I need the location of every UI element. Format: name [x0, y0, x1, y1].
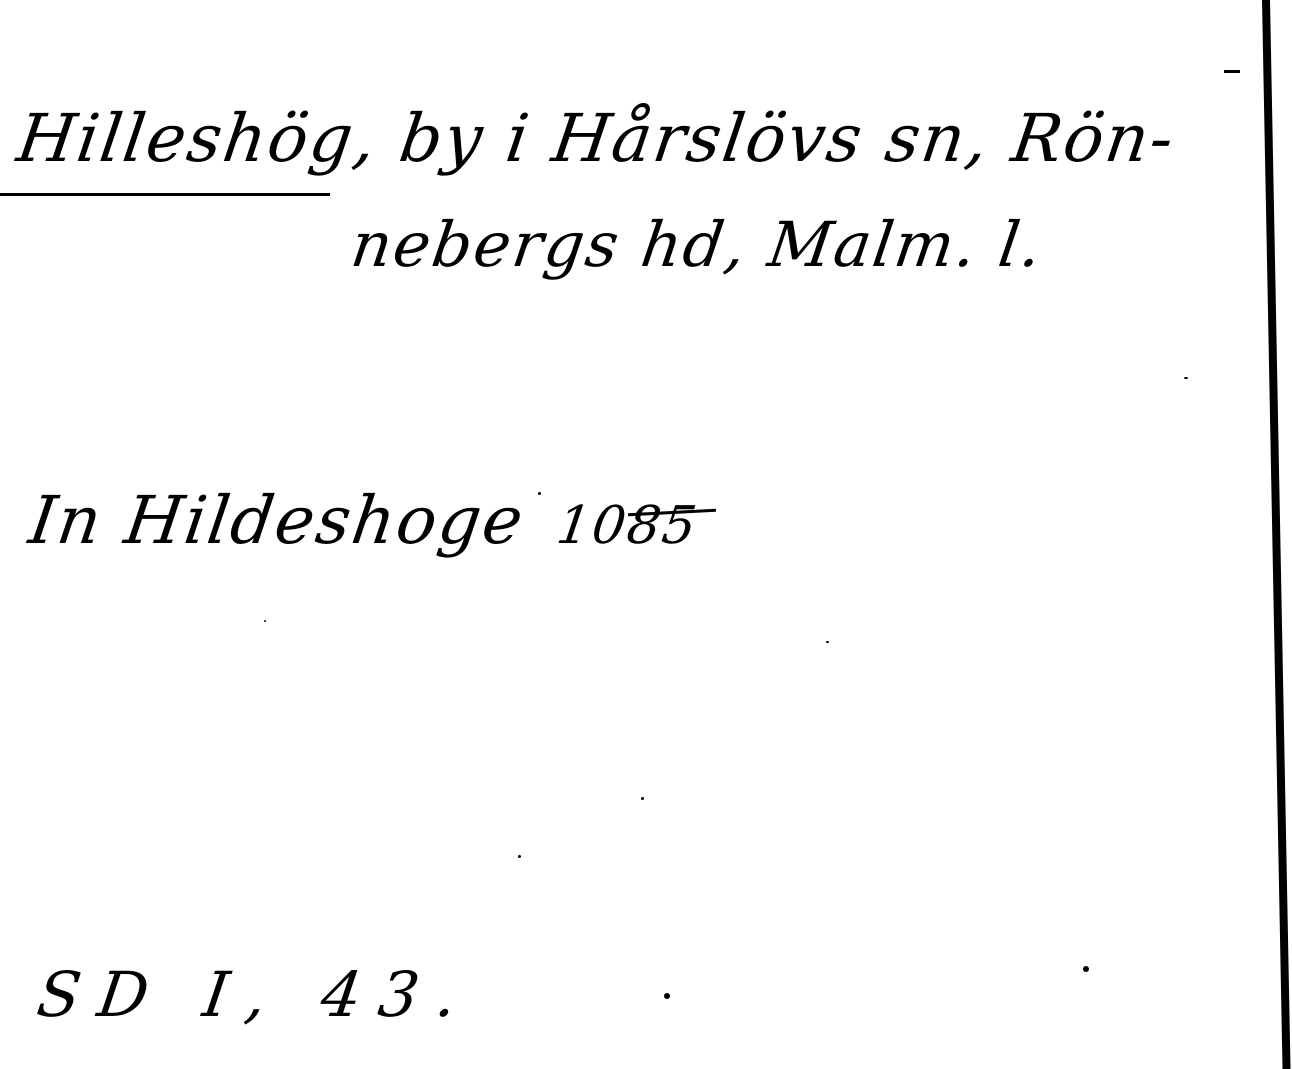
scan-speck	[1184, 377, 1188, 379]
card-line-2: nebergs hd, Malm. l.	[347, 208, 1048, 281]
historical-form: In Hildeshoge	[25, 482, 530, 559]
scan-speck	[664, 993, 670, 999]
card-line-3: In Hildeshoge1085	[25, 482, 704, 559]
scan-speck	[518, 855, 521, 858]
card-right-edge-border	[1262, 0, 1291, 1069]
scan-speck	[1083, 966, 1089, 972]
source-reference: SD I, 43.	[33, 958, 480, 1031]
attestation-year: 1085	[553, 496, 702, 556]
headword-description: , by i Hårslövs sn, Rön-	[349, 100, 1180, 177]
scan-speck	[538, 492, 541, 495]
headword-underline	[0, 193, 330, 196]
index-card: Hilleshög, by i Hårslövs sn, Rön- neberg…	[0, 0, 1292, 1069]
card-line-1: Hilleshög, by i Hårslövs sn, Rön-	[13, 100, 1181, 177]
scan-speck	[826, 641, 829, 643]
scan-speck	[264, 620, 266, 622]
headword: Hilleshög	[13, 100, 360, 177]
edge-mark	[1224, 70, 1240, 73]
scan-speck	[641, 797, 644, 800]
